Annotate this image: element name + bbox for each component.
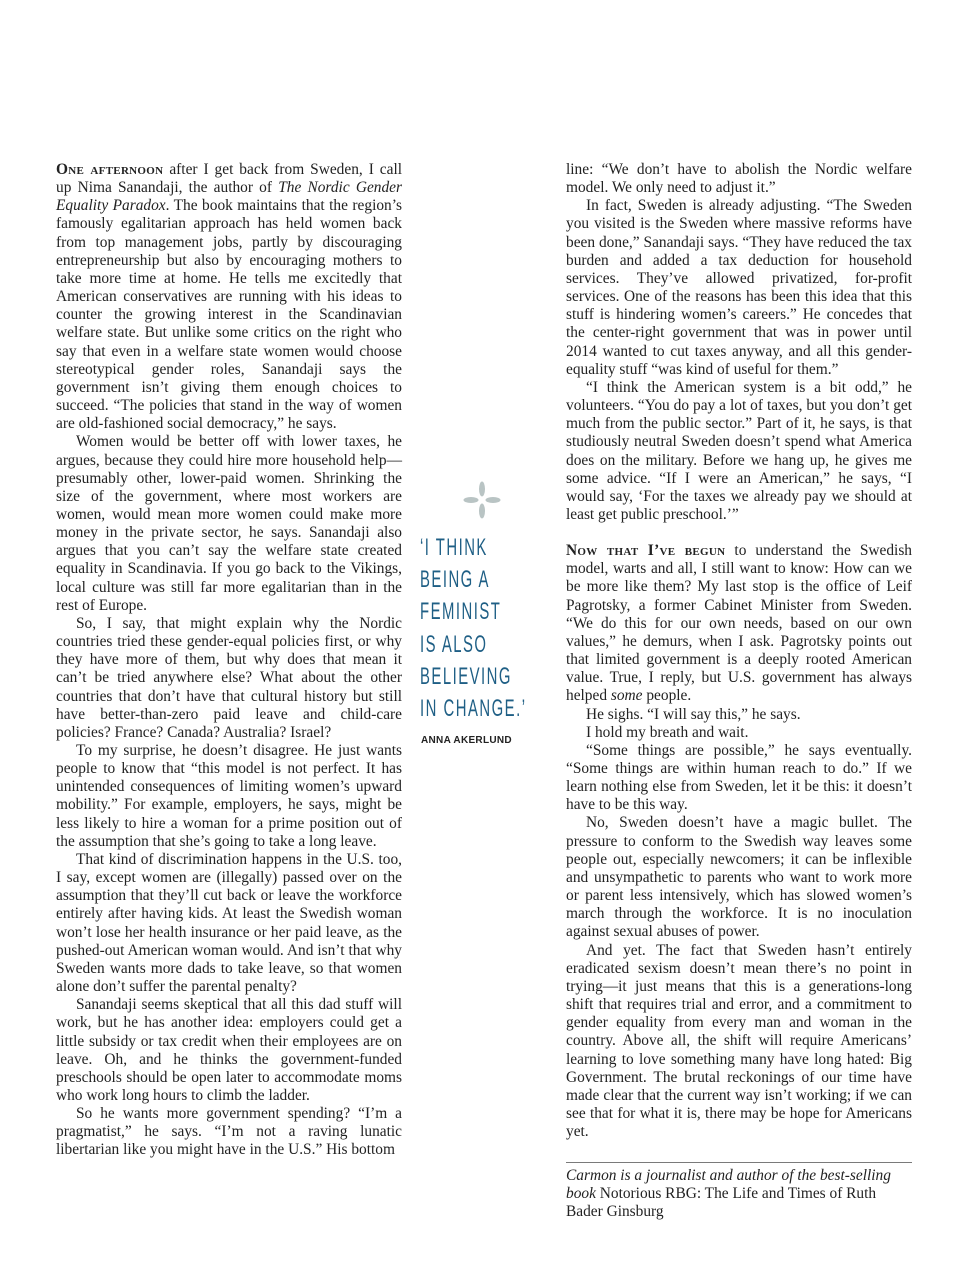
four-petal-ornament-icon (462, 480, 502, 520)
paragraph: line: “We don’t have to abolish the Nord… (566, 161, 912, 197)
paragraph: I hold my breath and wait. (566, 724, 912, 742)
magazine-page: One afternoon after I get back from Swed… (0, 0, 961, 1280)
author-bio: Carmon is a journalist and author of the… (566, 1167, 912, 1221)
paragraph-text: to understand the Swedish model, warts a… (566, 542, 912, 704)
paragraph-text: people. (643, 687, 692, 704)
paragraph: And yet. The fact that Sweden hasn’t ent… (566, 942, 912, 1142)
paragraph: In fact, Sweden is already adjusting. “T… (566, 197, 912, 379)
paragraph: He sighs. “I will say this,” he says. (566, 706, 912, 724)
emphasis: some (611, 687, 643, 704)
paragraph: One afternoon after I get back from Swed… (56, 161, 402, 433)
article-column-right: line: “We don’t have to abolish the Nord… (566, 161, 912, 1141)
pull-quote-attribution: ANNA AKERLUND (421, 735, 512, 746)
paragraph: “Some things are possible,” he says even… (566, 742, 912, 815)
paragraph: Sanandaji seems skeptical that all this … (56, 996, 402, 1105)
paragraph: To my surprise, he doesn’t disagree. He … (56, 742, 402, 851)
paragraph: “I think the American system is a bit od… (566, 379, 912, 524)
article-column-left: One afternoon after I get back from Swed… (56, 161, 402, 1160)
paragraph: That kind of discrimination happens in t… (56, 851, 402, 996)
section-lead-in: Now that I’ve begun (566, 542, 725, 559)
paragraph: So he wants more government spending? “I… (56, 1105, 402, 1159)
author-bio-book-title: Notorious RBG: The Life and Times of Rut… (566, 1185, 876, 1220)
paragraph: No, Sweden doesn’t have a magic bullet. … (566, 814, 912, 941)
section-lead-in: One afternoon (56, 161, 163, 178)
paragraph: So, I say, that might explain why the No… (56, 615, 402, 742)
pull-quote-text: ‘I THINK BEING A FEMINIST IS ALSO BELIEV… (420, 532, 556, 725)
bio-divider (566, 1162, 912, 1163)
paragraph-text: . The book maintains that the region’s f… (56, 197, 402, 432)
paragraph: Now that I’ve begun to understand the Sw… (566, 542, 912, 705)
paragraph: Women would be better off with lower tax… (56, 433, 402, 615)
